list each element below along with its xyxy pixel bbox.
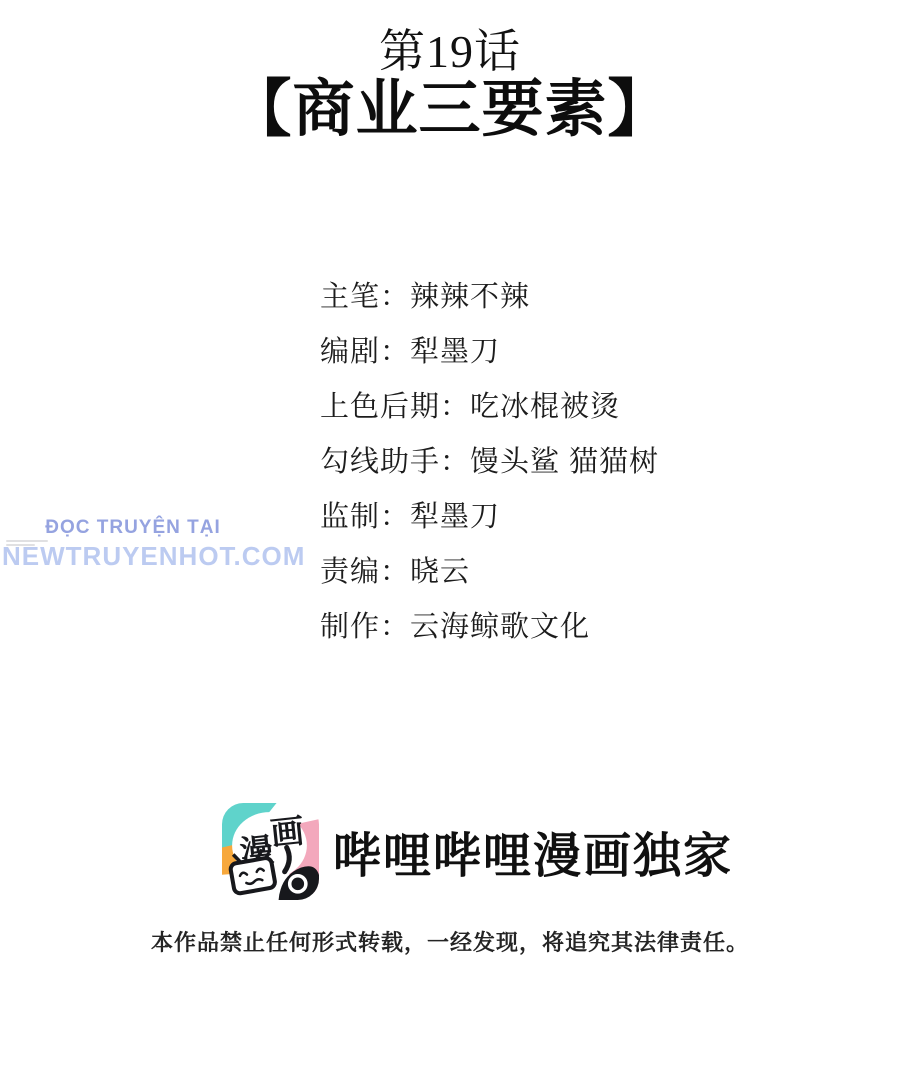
- faded-watermark-remnant: [6, 540, 48, 548]
- copyright-disclaimer: 本作品禁止任何形式转载，一经发现，将追究其法律责任。: [0, 926, 900, 957]
- credit-line-inking: 勾线助手：馒头鲨 猫猫树: [320, 435, 659, 490]
- credit-line-editor: 责编：晓云: [320, 545, 659, 600]
- watermark-tagline: ĐỌC TRUYỆN TẠI: [2, 518, 264, 539]
- manga-credits-page: 第19话 【商业三要素】 主笔：辣辣不辣 编剧：犁墨刀 上色后期：吃冰棍被烫 勾…: [0, 0, 900, 1087]
- publisher-row: 漫 画: [222, 803, 733, 900]
- credit-line-coloring: 上色后期：吃冰棍被烫: [320, 380, 659, 435]
- credits-list: 主笔：辣辣不辣 编剧：犁墨刀 上色后期：吃冰棍被烫 勾线助手：馒头鲨 猫猫树 监…: [320, 270, 659, 655]
- credit-line-supervisor: 监制：犁墨刀: [320, 490, 659, 545]
- bilibili-manga-logo-icon: 漫 画: [222, 803, 319, 900]
- chapter-number: 第19话: [0, 26, 900, 78]
- exclusive-label: 哔哩哔哩漫画独家: [333, 817, 733, 886]
- credit-line-artist: 主笔：辣辣不辣: [320, 270, 659, 325]
- credit-line-production: 制作：云海鲸歌文化: [320, 600, 659, 655]
- chapter-title: 【商业三要素】: [0, 74, 900, 146]
- credit-line-writer: 编剧：犁墨刀: [320, 325, 659, 380]
